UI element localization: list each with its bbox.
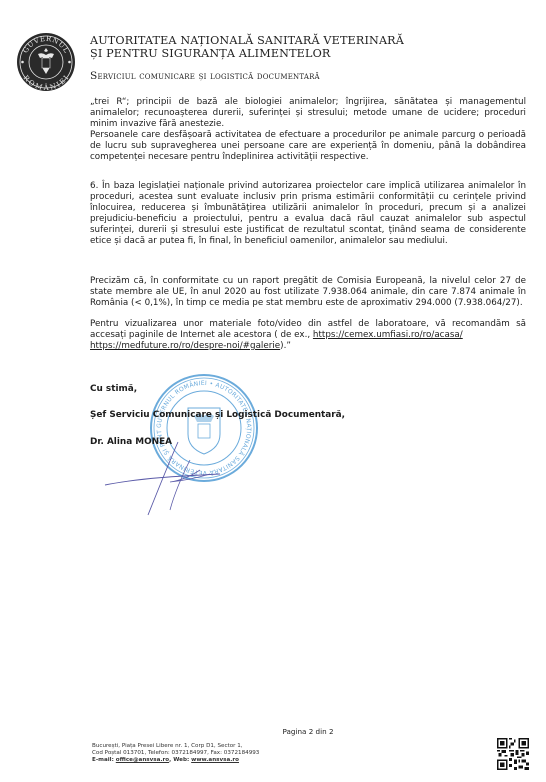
service-name: Serviciul comunicare și logistică docume… [90, 70, 320, 82]
signature-icon [100, 440, 240, 520]
government-seal-icon: GUVERNUL ROMÂNIEI [16, 32, 76, 92]
paragraph-personnel: Persoanele care desfășoară activitatea d… [90, 130, 526, 163]
agency-name: AUTORITATEA NAȚIONALĂ SANITARĂ VETERINAR… [90, 35, 404, 60]
website-link[interactable]: www.ansvsa.ro [191, 757, 239, 763]
paragraph-statistics: Precizăm că, în conformitate cu un rapor… [90, 276, 526, 309]
page-number: Pagina 2 din 2 [0, 727, 546, 736]
email-link[interactable]: office@ansvsa.ro [116, 757, 169, 763]
agency-name-line1: AUTORITATEA NAȚIONALĂ SANITARĂ VETERINAR… [90, 35, 404, 48]
cemex-link[interactable]: https://cemex.umfiasi.ro/ro/acasa/ [313, 330, 463, 340]
document-page: GUVERNUL ROMÂNIEI AUTORITATEA NAȚIONALĂ … [0, 0, 546, 782]
agency-name-line2: ȘI PENTRU SIGURANȚA ALIMENTELOR [90, 48, 404, 61]
medfuture-link[interactable]: https://medfuture.ro/ro/despre-noi/#gale… [90, 341, 280, 351]
footer-address: București, Piața Presei Libere nr. 1, Co… [92, 743, 259, 764]
signatory-title: Șef Serviciu Comunicare și Logistică Doc… [90, 410, 345, 420]
paragraph-three-r: „trei R“; principii de bază ale biologie… [90, 97, 526, 130]
paragraph-links: Pentru vizualizarea unor materiale foto/… [90, 319, 526, 352]
paragraph-legislation: 6. În baza legislației naționale privind… [90, 181, 526, 246]
closing-greeting: Cu stimă, [90, 384, 137, 394]
signatory-name: Dr. Alina MONEA [90, 437, 172, 447]
qr-code-icon[interactable] [497, 738, 529, 770]
